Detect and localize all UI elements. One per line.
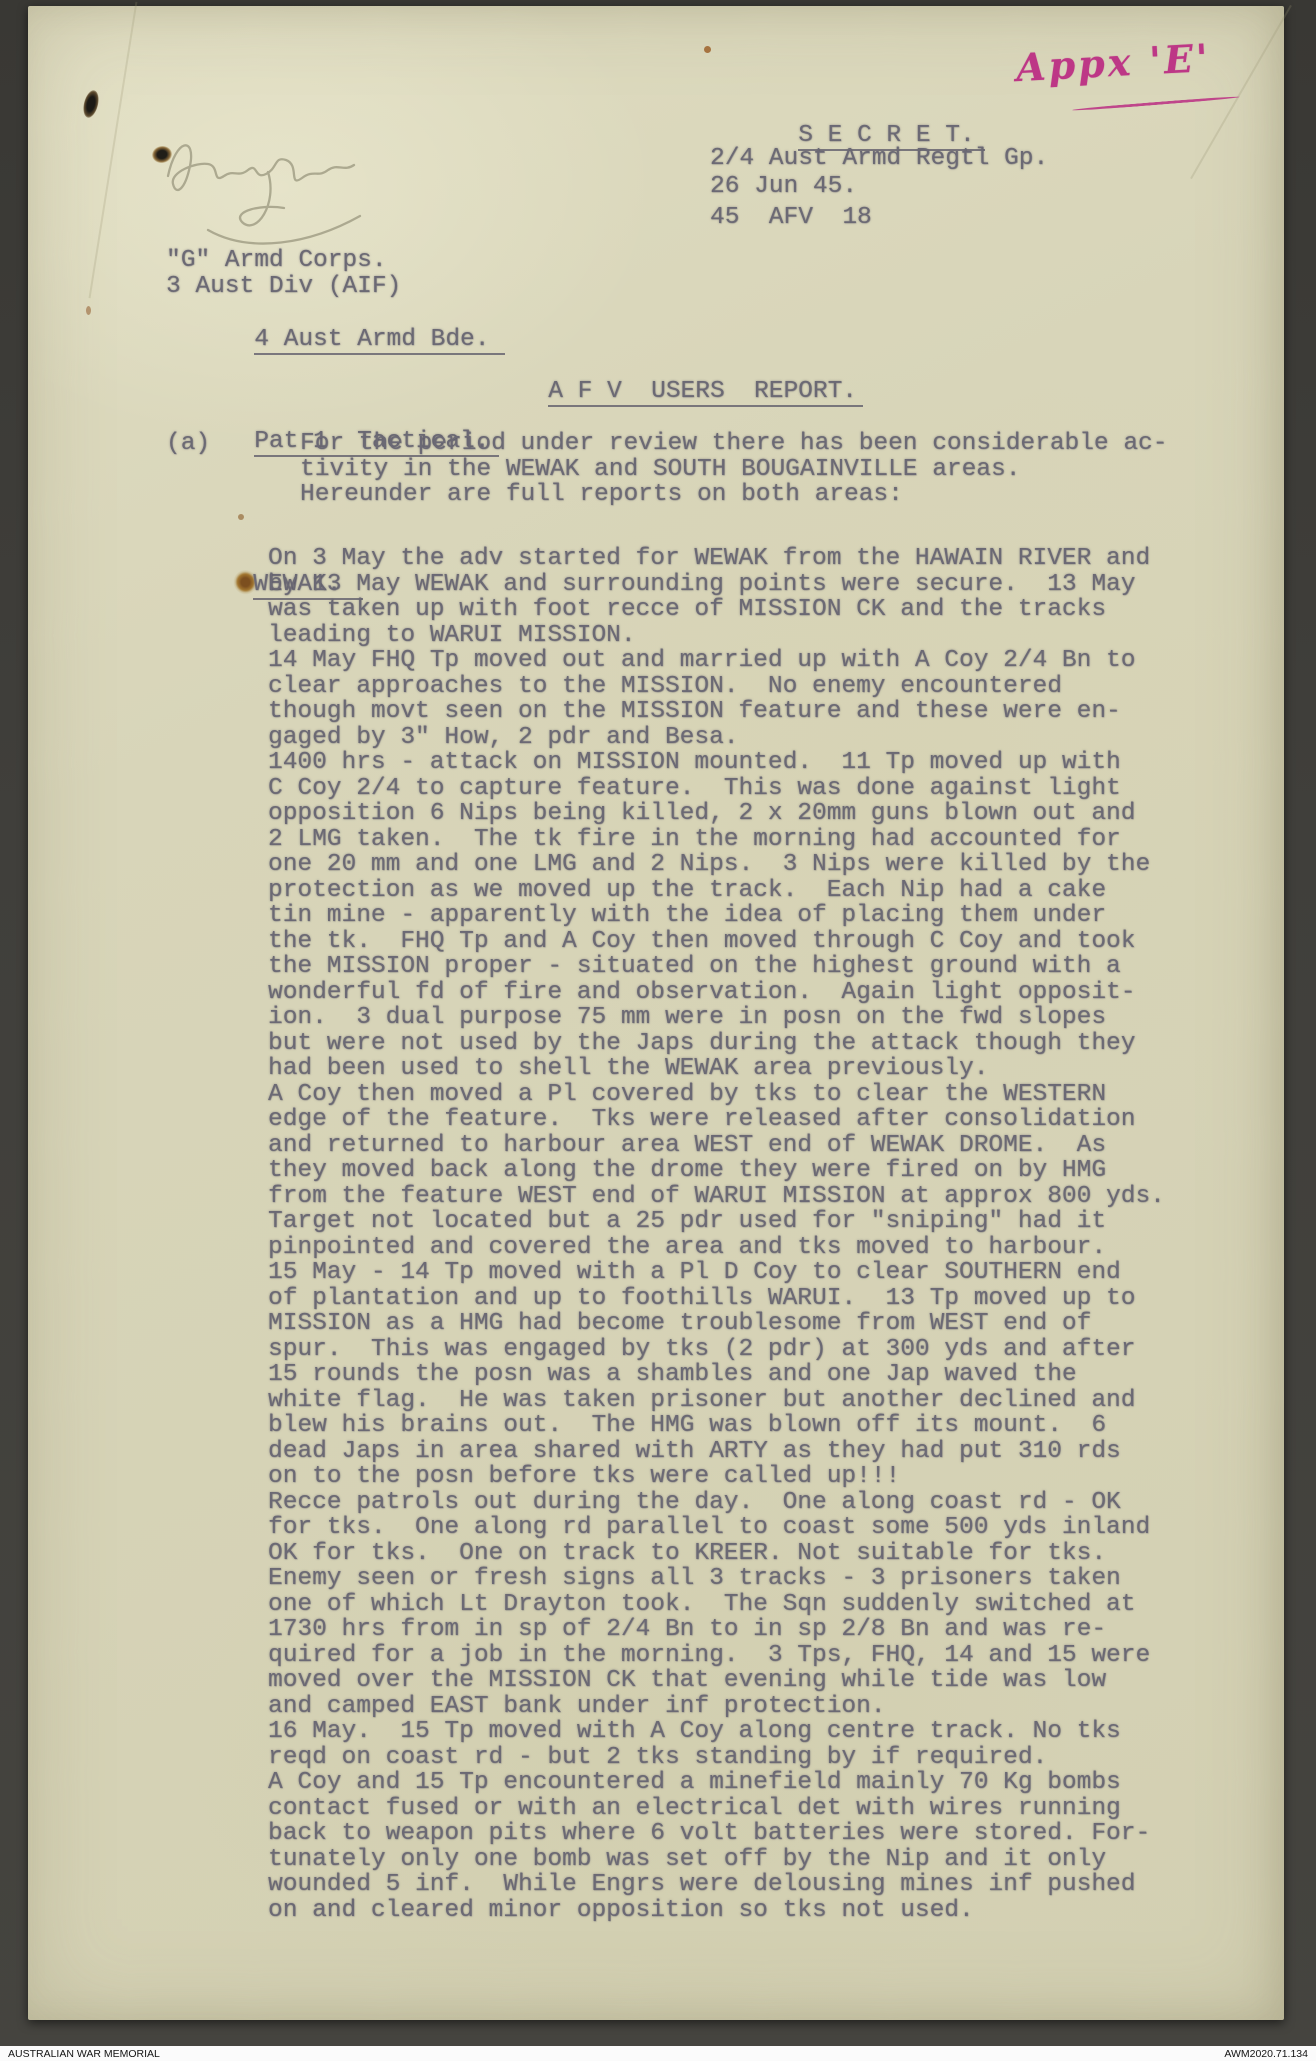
para-a-text: For the period under review there has be… — [300, 431, 1167, 508]
unit-line: 2/4 Aust Armd Regtl Gp. — [710, 146, 1048, 172]
report-title: A F V USERS REPORT. — [460, 353, 863, 433]
paper-stain — [238, 514, 244, 520]
addressee-line: 3 Aust Div (AIF) — [166, 274, 401, 300]
appx-annotation: Appx 'E' — [1015, 35, 1212, 90]
wewak-body: On 3 May the adv started for WEWAK from … — [268, 546, 1165, 1923]
addressee-line: 4 Aust Armd Bde. — [166, 301, 505, 381]
date-line: 26 Jun 45. — [710, 174, 857, 200]
para-a-label: (a) — [166, 431, 210, 457]
paper-stain — [86, 306, 91, 315]
addressee-line: "G" Armd Corps. — [166, 248, 387, 274]
archive-left-label: AUSTRALIAN WAR MEMORIAL — [8, 2048, 160, 2060]
pencil-signature — [150, 118, 400, 258]
crease-line — [89, 2, 138, 299]
paper-stain — [704, 46, 711, 53]
appx-underline — [1072, 95, 1240, 111]
document-page: Appx 'E' S E C R E T. 2/4 Aust Armd Regt… — [28, 6, 1284, 2020]
scan-background: Appx 'E' S E C R E T. 2/4 Aust Armd Regt… — [0, 0, 1316, 2061]
paper-hole — [81, 89, 101, 120]
archive-bar: AUSTRALIAN WAR MEMORIAL AWM2020.71.134 — [0, 2046, 1316, 2061]
corner-fold-crease — [1190, 5, 1292, 179]
file-reference: 45 AFV 18 — [710, 205, 872, 231]
archive-right-label: AWM2020.71.134 — [1224, 2048, 1308, 2060]
